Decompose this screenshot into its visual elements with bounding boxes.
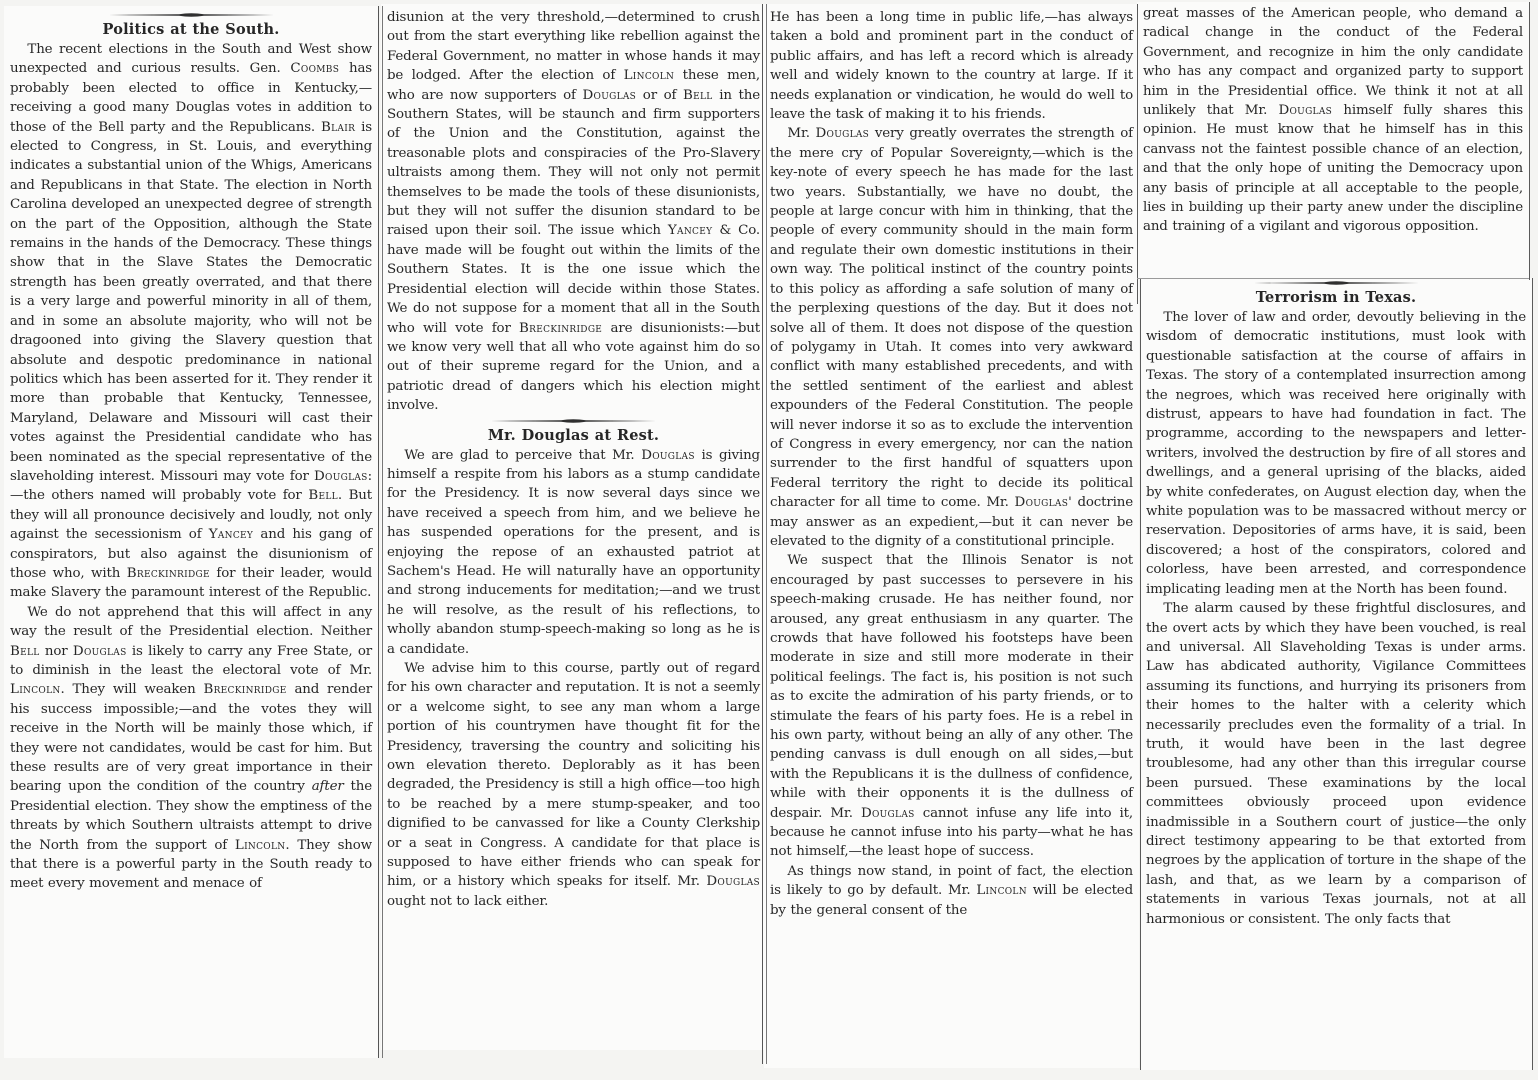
- clipping-column-2: disunion at the very threshold,—determin…: [381, 4, 766, 1050]
- small-caps-name: Douglas: [1278, 103, 1332, 118]
- column-rule-4-right-bottom: [1532, 278, 1533, 1070]
- article-headline: Mr. Douglas at Rest.: [387, 426, 760, 445]
- article-paragraph: The lover of law and order, devoutly bel…: [1146, 308, 1526, 599]
- article-paragraph: Mr. Douglas very greatly overrates the s…: [770, 124, 1133, 551]
- small-caps-name: Yancey: [209, 527, 253, 542]
- section-divider-rule: [1146, 278, 1526, 288]
- clipping-column-3: He has been a long time in public life,—…: [764, 4, 1139, 1068]
- small-caps-name: Yancey: [668, 223, 712, 238]
- column-rule-2-3: [762, 4, 767, 1064]
- article-paragraph: We do not apprehend that this will affec…: [10, 603, 372, 894]
- small-caps-name: Breckinridge: [127, 566, 210, 581]
- small-caps-name: Douglas: [314, 469, 368, 484]
- column-rule-4-left: [1140, 278, 1141, 1070]
- small-caps-name: Coombs: [290, 61, 339, 76]
- clipping-column-4-bottom: Terrorism in Texas.The lover of law and …: [1140, 278, 1532, 1070]
- article-headline: Terrorism in Texas.: [1146, 288, 1526, 307]
- small-caps-name: Douglas: [1015, 495, 1069, 510]
- article-paragraph-continued: disunion at the very threshold,—determin…: [387, 8, 760, 416]
- clipping-column-4-top: great masses of the American people, who…: [1137, 2, 1529, 280]
- small-caps-name: Bell: [683, 88, 713, 103]
- small-caps-name: Lincoln: [624, 68, 675, 83]
- italic-emphasis: after: [312, 779, 344, 794]
- small-caps-name: Bell: [308, 488, 338, 503]
- column-5-text: Terrorism in Texas.The lover of law and …: [1146, 278, 1526, 929]
- small-caps-name: Douglas: [582, 88, 636, 103]
- small-caps-name: Lincoln: [235, 838, 286, 853]
- small-caps-name: Douglas: [816, 126, 870, 141]
- clip-edge-col4-mid: [1137, 278, 1529, 279]
- article-paragraph-continued: He has been a long time in public life,—…: [770, 8, 1133, 124]
- article-paragraph: We are glad to perceive that Mr. Douglas…: [387, 446, 760, 659]
- column-rule-4-right-top: [1529, 2, 1530, 280]
- small-caps-name: Lincoln: [976, 883, 1027, 898]
- section-divider-rule: [387, 416, 760, 426]
- column-4-text: great masses of the American people, who…: [1143, 2, 1523, 237]
- small-caps-name: Douglas: [706, 874, 760, 889]
- column-rule-3-right: [1137, 4, 1138, 304]
- column-1-text: Politics at the South.The recent electio…: [10, 6, 372, 894]
- article-paragraph: As things now stand, in point of fact, t…: [770, 862, 1133, 920]
- small-caps-name: Bell: [10, 644, 40, 659]
- small-caps-name: Breckinridge: [519, 321, 602, 336]
- small-caps-name: Douglas: [861, 806, 915, 821]
- column-2-text: disunion at the very threshold,—determin…: [387, 4, 760, 911]
- small-caps-name: Blair: [321, 120, 355, 135]
- section-divider-rule: [10, 10, 372, 20]
- small-caps-name: Douglas: [73, 644, 127, 659]
- article-paragraph-continued: great masses of the American people, who…: [1143, 4, 1523, 237]
- small-caps-name: Breckinridge: [203, 682, 286, 697]
- column-3-text: He has been a long time in public life,—…: [770, 4, 1133, 920]
- small-caps-name: Lincoln: [10, 682, 61, 697]
- article-paragraph: We advise him to this course, partly out…: [387, 659, 760, 911]
- article-headline: Politics at the South.: [10, 20, 372, 39]
- small-caps-name: Douglas: [641, 448, 695, 463]
- column-rule-1-2: [378, 6, 383, 1058]
- clipping-column-1: Politics at the South.The recent electio…: [4, 6, 378, 1058]
- article-paragraph: The alarm caused by these frightful disc…: [1146, 599, 1526, 929]
- article-paragraph: The recent elections in the South and We…: [10, 40, 372, 603]
- article-paragraph: We suspect that the Illinois Senator is …: [770, 551, 1133, 862]
